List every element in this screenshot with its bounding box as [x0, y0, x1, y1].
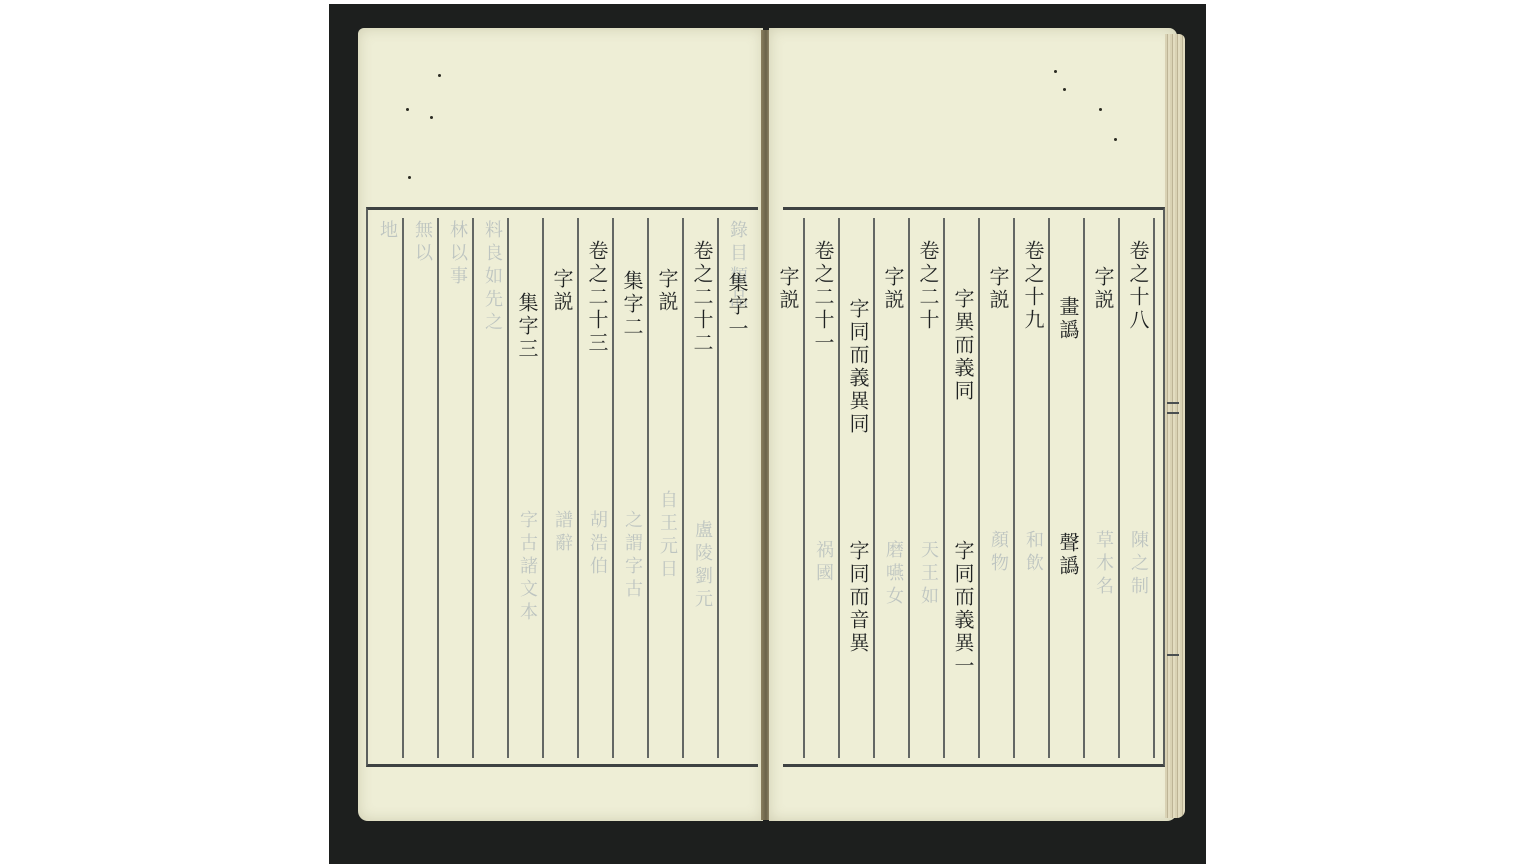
book-scan: 錄目類品 集字一 卷之二十二 盧陵劉元 字説 自王元日 集字二 之謂字古 卷之二… [329, 4, 1206, 864]
right-column-6: 字異而義同 字同而義異一 [946, 210, 980, 764]
left-column-10: 無以 [405, 210, 439, 764]
ink-speck [406, 108, 409, 111]
ink-speck [1114, 138, 1117, 141]
right-column-11: 字説 [771, 210, 805, 764]
ink-speck [408, 176, 411, 179]
left-column-6: 字説 譜辭 [545, 210, 579, 764]
right-column-10: 卷之二十一 祸國 [806, 210, 840, 764]
ink-speck [438, 74, 441, 77]
left-column-3: 字説 自王元日 [650, 210, 684, 764]
left-column-2: 卷之二十二 盧陵劉元 [685, 210, 719, 764]
right-column-4: 卷之十九 和飲 [1016, 210, 1050, 764]
right-column-5: 字説 顏物 [981, 210, 1015, 764]
right-page: 卷之十八 陳之制 字説 草木名 畫譌 聲譌 卷之十九 和飲 字説 顏物 字異而義… [769, 28, 1177, 821]
left-page-text-frame: 錄目類品 集字一 卷之二十二 盧陵劉元 字説 自王元日 集字二 之謂字古 卷之二… [366, 207, 758, 767]
right-column-3: 畫譌 聲譌 [1051, 210, 1085, 764]
ink-speck [430, 116, 433, 119]
left-column-1: 錄目類品 集字一 [720, 210, 754, 764]
left-column-7: 集字三 字古諸文本 [510, 210, 544, 764]
right-column-8: 字説 磨嚥女 [876, 210, 910, 764]
right-column-7: 卷之二十 天王如 [911, 210, 945, 764]
ink-speck [1099, 108, 1102, 111]
page-edge-stack [1165, 34, 1185, 818]
right-page-text-frame: 卷之十八 陳之制 字説 草木名 畫譌 聲譌 卷之十九 和飲 字説 顏物 字異而義… [783, 207, 1165, 767]
right-column-2: 字説 草木名 [1086, 210, 1120, 764]
left-column-9: 林以事 [440, 210, 474, 764]
right-column-1: 卷之十八 陳之制 [1121, 210, 1155, 764]
left-column-5: 卷之二十三 胡浩伯 [580, 210, 614, 764]
left-column-4: 集字二 之謂字古 [615, 210, 649, 764]
left-column-8: 料良如先之 [475, 210, 509, 764]
ink-speck [1063, 88, 1066, 91]
right-column-9: 字同而義異同 字同而音異 [841, 210, 875, 764]
left-page: 錄目類品 集字一 卷之二十二 盧陵劉元 字説 自王元日 集字二 之謂字古 卷之二… [358, 28, 763, 821]
ink-speck [1054, 70, 1057, 73]
left-column-11: 地 [370, 210, 404, 764]
